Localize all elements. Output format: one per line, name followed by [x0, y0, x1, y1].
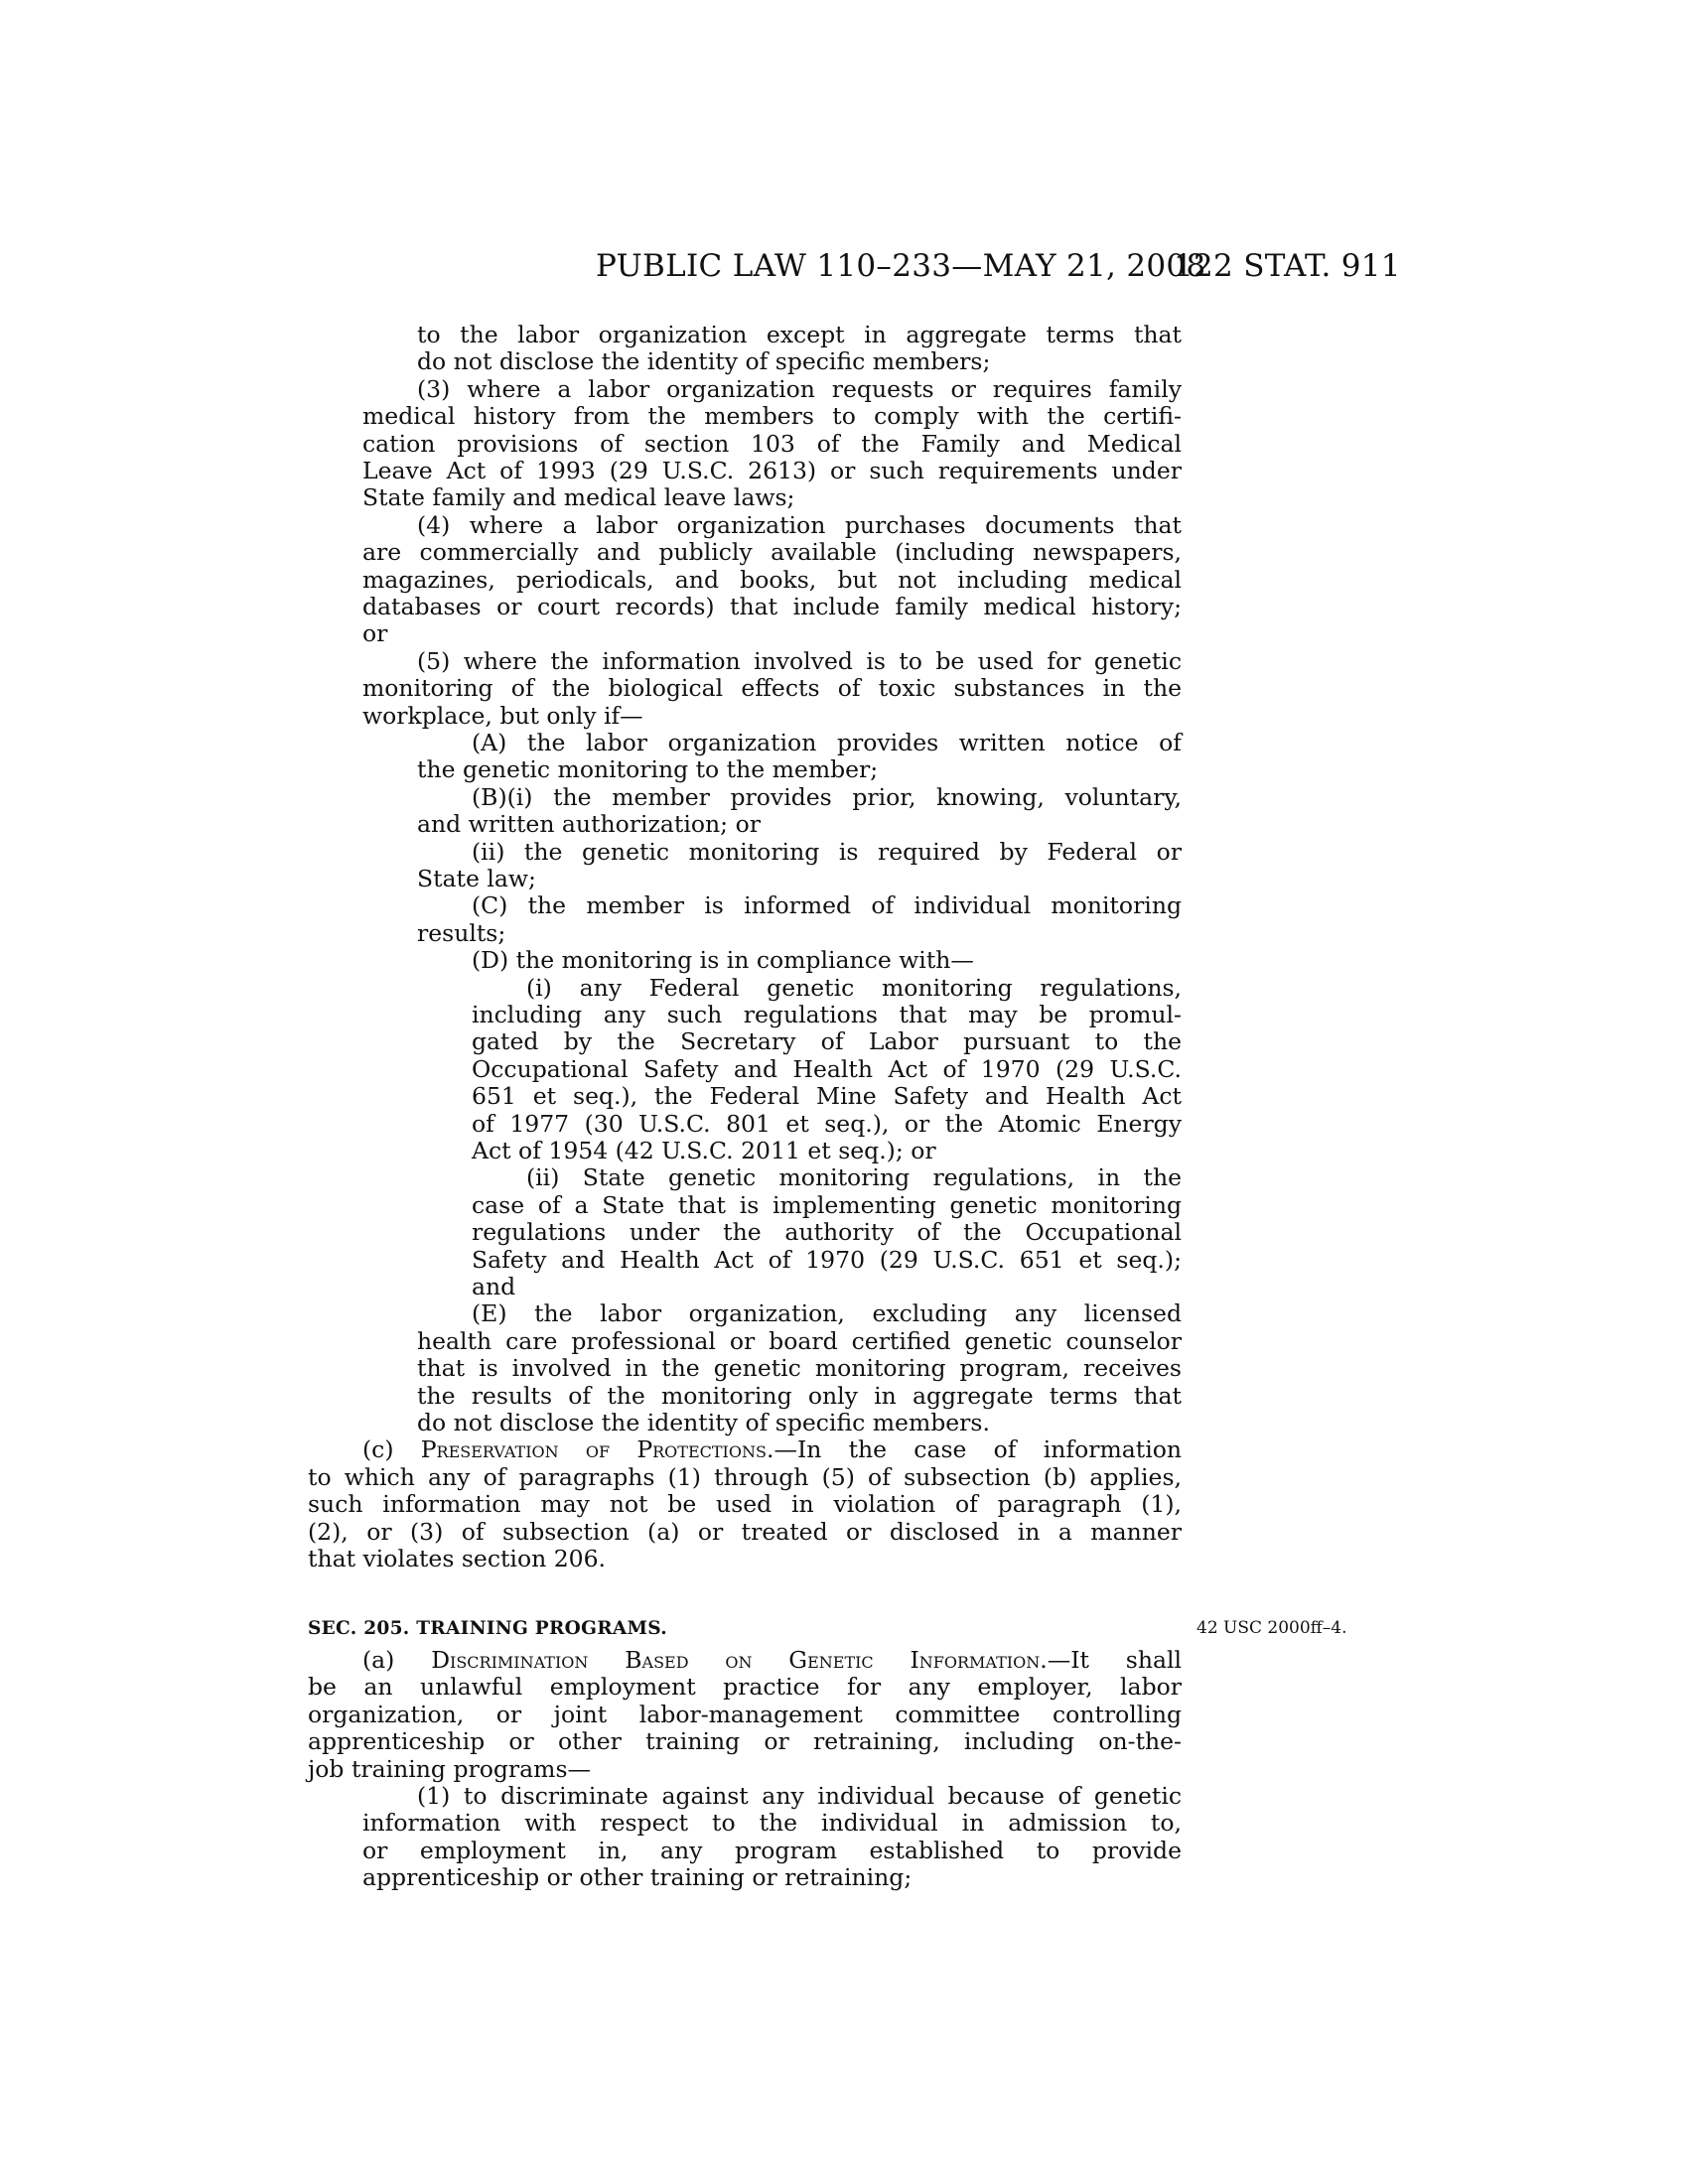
text-line: (ii) the genetic monitoring is required … — [472, 839, 1182, 866]
text-line: medical history from the members to comp… — [362, 403, 1182, 430]
text-line: monitoring of the biological effects of … — [362, 675, 1182, 702]
text-line: apprenticeship or other training or retr… — [308, 1728, 1182, 1755]
text-line: (5) where the information involved is to… — [417, 648, 1182, 675]
text-line: (1) to discriminate against any individu… — [417, 1783, 1182, 1810]
text-line: (3) where a labor organization requests … — [417, 376, 1182, 403]
text-line: Leave Act of 1993 (29 U.S.C. 2613) or su… — [362, 458, 1182, 484]
text-line: do not disclose the identity of specific… — [417, 348, 1182, 375]
text-line: gated by the Secretary of Labor pursuant… — [472, 1028, 1182, 1055]
margin-citation: 42 USC 2000ff–4. — [1196, 1618, 1346, 1638]
text-line: such information may not be used in viol… — [308, 1491, 1182, 1518]
text-line: that is involved in the genetic monitori… — [417, 1355, 1182, 1382]
subsection-heading: Discrimination Based on Genetic Informat… — [431, 1646, 1048, 1674]
text-line: regulations under the authority of the O… — [472, 1219, 1182, 1246]
text-line: or employment in, any program establishe… — [362, 1838, 1182, 1864]
subsection-heading: Preservation of Protections. — [421, 1435, 774, 1463]
text-line: (A) the labor organization provides writ… — [472, 730, 1182, 756]
text-line: are commercially and publicly available … — [362, 539, 1182, 566]
text-line: job training programs— — [308, 1756, 1182, 1783]
text-line: to which any of paragraphs (1) through (… — [308, 1464, 1182, 1491]
text-line: (C) the member is informed of individual… — [472, 892, 1182, 919]
text-line: or — [362, 620, 1182, 647]
text-line: and — [472, 1274, 1182, 1300]
subsection-label: (a) — [362, 1646, 431, 1674]
document-page: PUBLIC LAW 110–233—MAY 21, 2008 122 STAT… — [0, 0, 1688, 2184]
text-line: (2), or (3) of subsection (a) or treated… — [308, 1519, 1182, 1546]
text-line: be an unlawful employment practice for a… — [308, 1674, 1182, 1701]
text-line: health care professional or board certif… — [417, 1328, 1182, 1355]
text-line: (a) Discrimination Based on Genetic Info… — [362, 1647, 1182, 1674]
text-line: to the labor organization except in aggr… — [417, 322, 1182, 348]
text-line: magazines, periodicals, and books, but n… — [362, 567, 1182, 594]
text-line: organization, or joint labor-management … — [308, 1702, 1182, 1728]
text-line: the results of the monitoring only in ag… — [417, 1383, 1182, 1410]
text-line: results; — [417, 920, 1182, 947]
subsection-label: (c) — [362, 1435, 421, 1463]
text-line: of 1977 (30 U.S.C. 801 et seq.), or the … — [472, 1111, 1182, 1138]
text-line: State family and medical leave laws; — [362, 484, 1182, 511]
text-line: workplace, but only if— — [362, 703, 1182, 730]
text-line: including any such regulations that may … — [472, 1002, 1182, 1028]
text-line: cation provisions of section 103 of the … — [362, 431, 1182, 458]
text-line: 651 et seq.), the Federal Mine Safety an… — [472, 1083, 1182, 1110]
text-line: Act of 1954 (42 U.S.C. 2011 et seq.); or — [472, 1138, 1182, 1164]
text-line: (E) the labor organization, excluding an… — [472, 1300, 1182, 1327]
text-line: databases or court records) that include… — [362, 594, 1182, 620]
text-line: do not disclose the identity of specific… — [417, 1410, 1182, 1436]
text-line: Safety and Health Act of 1970 (29 U.S.C.… — [472, 1247, 1182, 1274]
running-head-page-ref: 122 STAT. 911 — [1174, 248, 1401, 284]
text-line: (i) any Federal genetic monitoring regul… — [526, 975, 1182, 1002]
text-line: (B)(i) the member provides prior, knowin… — [472, 784, 1182, 811]
text-line: (ii) State genetic monitoring regulation… — [526, 1164, 1182, 1191]
text-line: case of a State that is implementing gen… — [472, 1192, 1182, 1219]
text-line: apprenticeship or other training or retr… — [362, 1864, 1182, 1891]
text-line: that violates section 206. — [308, 1546, 1182, 1572]
text-line: Occupational Safety and Health Act of 19… — [472, 1056, 1182, 1083]
text-line: (4) where a labor organization purchases… — [417, 512, 1182, 539]
text-line: information with respect to the individu… — [362, 1810, 1182, 1837]
text-line: State law; — [417, 866, 1182, 892]
text-line: the genetic monitoring to the member; — [417, 756, 1182, 783]
section-heading: SEC. 205. TRAINING PROGRAMS. — [308, 1618, 667, 1639]
text-line: (D) the monitoring is in compliance with… — [472, 947, 1182, 974]
running-head-title: PUBLIC LAW 110–233—MAY 21, 2008 — [596, 248, 1205, 284]
text-line: and written authorization; or — [417, 811, 1182, 838]
text-line: (c) Preservation of Protections.—In the … — [362, 1436, 1182, 1463]
